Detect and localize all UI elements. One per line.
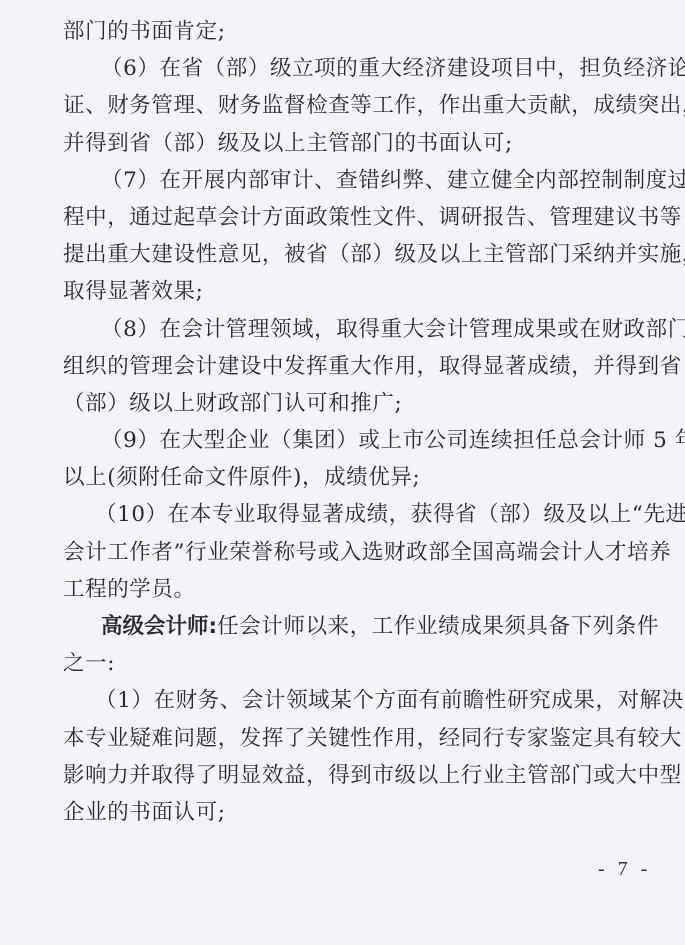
senior-item-1-line-4: 企业的书面认可; — [63, 794, 639, 831]
section-heading: 高级会计师: — [101, 614, 217, 639]
item-10-line-2: 会计工作者”行业荣誉称号或入选财政部全国高端会计人才培养 — [63, 534, 639, 571]
text-line: 部门的书面肯定; — [63, 13, 639, 50]
item-7-line-1: （7）在开展内部审计、查错纠弊、建立健全内部控制制度过 — [63, 162, 639, 199]
section-intro-line-2: 之一: — [63, 645, 639, 682]
item-10-line-1: （10）在本专业取得显著成绩，获得省（部）级及以上“先进 — [63, 496, 639, 533]
item-6-line-3: 并得到省（部）级及以上主管部门的书面认可; — [63, 125, 639, 162]
item-8-line-3: （部）级以上财政部门认可和推广; — [63, 385, 639, 422]
section-intro-text: 任会计师以来，工作业绩成果须具备下列条件 — [217, 614, 659, 639]
item-8-line-2: 组织的管理会计建设中发挥重大作用，取得显著成绩，并得到省 — [63, 348, 639, 385]
section-intro-line-1: 高级会计师:任会计师以来，工作业绩成果须具备下列条件 — [63, 608, 639, 645]
item-6-line-2: 证、财务管理、财务监督检查等工作，作出重大贡献，成绩突出， — [63, 87, 639, 124]
item-9-line-2: 以上(须附任命文件原件)，成绩优异; — [63, 459, 639, 496]
item-8-line-1: （8）在会计管理领域，取得重大会计管理成果或在财政部门 — [63, 311, 639, 348]
item-10-line-3: 工程的学员。 — [63, 571, 639, 608]
item-7-line-2: 程中，通过起草会计方面政策性文件、调研报告、管理建议书等 — [63, 199, 639, 236]
document-page: 部门的书面肯定; （6）在省（部）级立项的重大经济建设项目中，担负经济论 证、财… — [63, 13, 639, 831]
item-6-line-1: （6）在省（部）级立项的重大经济建设项目中，担负经济论 — [63, 50, 639, 87]
senior-item-1-line-3: 影响力并取得了明显效益，得到市级以上行业主管部门或大中型 — [63, 757, 639, 794]
item-9-line-1: （9）在大型企业（集团）或上市公司连续担任总会计师 5 年 — [63, 422, 639, 459]
item-7-line-4: 取得显著效果; — [63, 273, 639, 310]
senior-item-1-line-2: 本专业疑难问题，发挥了关键性作用，经同行专家鉴定具有较大 — [63, 720, 639, 757]
page-number: - 7 - — [598, 858, 651, 881]
senior-item-1-line-1: （1）在财务、会计领域某个方面有前瞻性研究成果，对解决 — [63, 682, 639, 719]
item-7-line-3: 提出重大建设性意见，被省（部）级及以上主管部门采纳并实施， — [63, 236, 639, 273]
